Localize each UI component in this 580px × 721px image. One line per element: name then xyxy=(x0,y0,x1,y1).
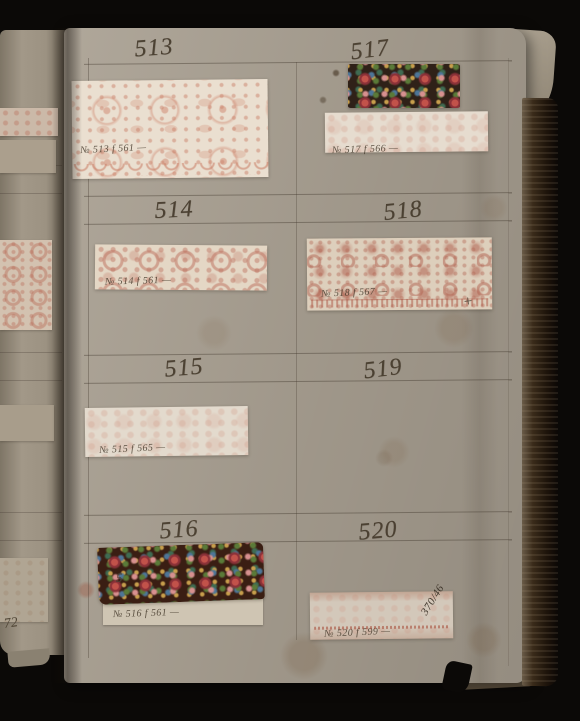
book-photo: 72 513 517 514 518 515 519 516 520 № 513… xyxy=(0,0,580,721)
swatch-515-pale: № 515 f 565 — xyxy=(85,406,249,457)
ruled-line xyxy=(84,379,512,384)
left-page-bottom-sliver xyxy=(7,648,50,668)
left-page-edge: 72 xyxy=(0,30,68,655)
left-page-note: 72 xyxy=(3,615,19,633)
swatch-513-lace: № 513 f 561 — xyxy=(71,79,268,179)
swatch-520-annotation: № 520 f 599 — xyxy=(324,627,391,640)
section-number-516: 516 xyxy=(146,516,212,544)
ruled-line xyxy=(84,351,512,356)
section-number-514: 514 xyxy=(141,196,206,223)
swatch-515-annotation: № 515 f 565 — xyxy=(99,443,166,456)
left-page-label-slip xyxy=(0,558,48,622)
swatch-513-annotation: № 513 f 561 — xyxy=(80,143,147,156)
left-page-label-slip xyxy=(0,405,54,441)
left-page-rule xyxy=(0,352,62,353)
swatch-scallop-border xyxy=(72,162,268,176)
left-page-rule xyxy=(0,380,62,381)
swatch-516-annotation: № 516 f 561 — xyxy=(113,608,180,620)
ruled-line xyxy=(84,511,512,516)
plus-mark: + xyxy=(463,294,473,312)
side-note-5: 5 xyxy=(116,570,123,586)
swatch-514-garland: № 514 f 561 — xyxy=(95,244,267,290)
left-page-rule xyxy=(0,193,62,194)
left-page-rule xyxy=(0,512,62,513)
left-page-swatch-edge xyxy=(0,108,58,136)
fore-edge xyxy=(522,98,558,686)
swatch-514-annotation: № 514 f 561 — xyxy=(105,276,172,288)
left-page-swatch-edge xyxy=(0,240,52,330)
column-divider-line xyxy=(296,62,297,640)
section-number-520: 520 xyxy=(345,516,411,545)
right-margin-line xyxy=(508,58,509,666)
swatch-517-annotation: № 517 f 566 — xyxy=(332,144,399,156)
section-number-513: 513 xyxy=(121,34,187,62)
left-page-rule xyxy=(0,540,62,541)
album-page: 513 517 514 518 515 519 516 520 № 513 f … xyxy=(64,28,526,683)
swatch-518-annotation: № 518 f 567 — xyxy=(321,287,388,300)
swatch-517-floral xyxy=(348,64,460,108)
section-number-515: 515 xyxy=(151,353,217,382)
ruled-line xyxy=(84,192,512,197)
left-page-label-slip xyxy=(0,140,56,173)
